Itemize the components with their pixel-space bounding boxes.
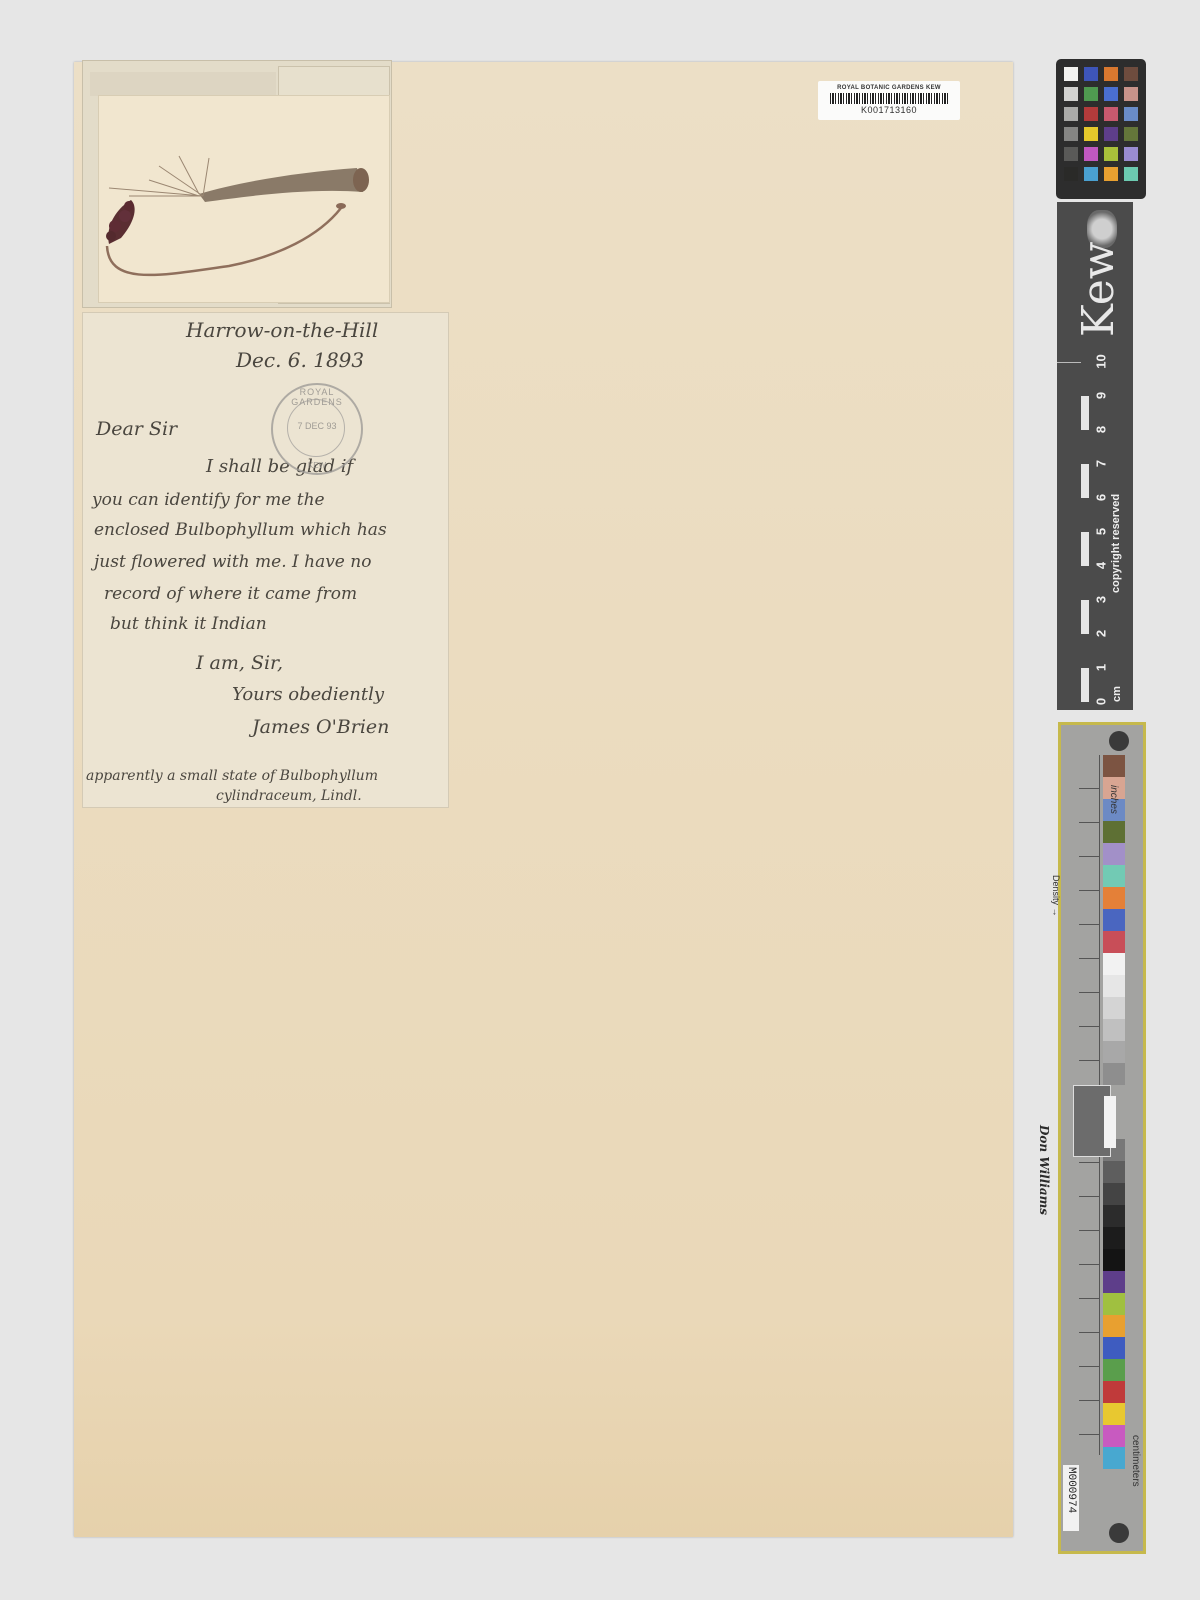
calibration-patch (1103, 1271, 1125, 1293)
colour-patch (1104, 147, 1118, 161)
colour-patch (1124, 67, 1138, 81)
calibration-patch (1103, 1293, 1125, 1315)
calibration-patch (1103, 1425, 1125, 1447)
colour-patch (1124, 87, 1138, 101)
calibration-patch (1103, 1381, 1125, 1403)
kew-scale-ruler: Kew 012345678910 copyright reserved cm (1057, 202, 1133, 710)
scale-bar (1081, 668, 1089, 702)
cm-number: 6 (1094, 490, 1109, 506)
colour-patch (1084, 107, 1098, 121)
barcode-label: ROYAL BOTANIC GARDENS KEW K001713160 (818, 81, 960, 120)
calibration-patch (1103, 1041, 1125, 1063)
colour-patch-grid (1064, 67, 1138, 181)
colour-patch (1104, 107, 1118, 121)
colour-patch (1064, 87, 1078, 101)
card-hole (1109, 1523, 1129, 1543)
cm-segment (1057, 362, 1081, 397)
letter-salutation: Dear Sir (96, 418, 177, 440)
colour-patch (1064, 127, 1078, 141)
colour-patch (1124, 127, 1138, 141)
calibration-patch (1103, 1359, 1125, 1381)
inches-label: inches (1108, 785, 1119, 814)
calibration-patch (1103, 975, 1125, 997)
letter-line: just flowered with me. I have no (94, 552, 371, 572)
colour-patch (1104, 87, 1118, 101)
calibration-patch (1103, 821, 1125, 843)
cm-number: 5 (1094, 524, 1109, 540)
scale-bar (1081, 430, 1089, 450)
letter-line: record of where it came from (104, 584, 357, 604)
letter-line: enclosed Bulbophyllum which has (94, 520, 387, 540)
cm-segment (1057, 464, 1081, 499)
colour-patch (1064, 167, 1078, 181)
cm-segment (1057, 634, 1081, 669)
cm-segment (1057, 668, 1081, 703)
specimen-paper (98, 95, 390, 303)
focus-target (1073, 1085, 1111, 1157)
colour-patch (1084, 67, 1098, 81)
colour-patch (1104, 67, 1118, 81)
colour-patch (1104, 167, 1118, 181)
cm-number: 0 (1094, 694, 1109, 710)
calibration-patch (1103, 1227, 1125, 1249)
brand-name: Don Williams (1037, 1125, 1051, 1215)
plant-specimen (99, 96, 389, 302)
unit-label: cm (1111, 686, 1123, 702)
colour-patch (1064, 147, 1078, 161)
copyright-text: copyright reserved (1110, 443, 1122, 593)
calibration-patch (1103, 843, 1125, 865)
letter-line: you can identify for me the (92, 490, 325, 510)
card-hole (1109, 731, 1129, 751)
calibration-patch (1103, 1019, 1125, 1041)
cm-segment (1057, 430, 1081, 465)
scale-bar (1081, 532, 1089, 566)
calibration-patch (1103, 1403, 1125, 1425)
density-label: Density → (1051, 875, 1061, 917)
determination-annotation: cylindraceum, Lindl. (216, 788, 362, 804)
scale-bar (1081, 600, 1089, 634)
cm-segment (1057, 396, 1081, 431)
cm-number: 8 (1094, 422, 1109, 438)
calibration-patch (1103, 953, 1125, 975)
colour-patch (1064, 107, 1078, 121)
calibration-patch (1103, 755, 1125, 777)
calibration-card: inches Density → Don Williams centimeter… (1058, 722, 1146, 1554)
colour-patch (1104, 127, 1118, 141)
calibration-patch (1103, 1063, 1125, 1085)
centimeters-label: centimeters (1130, 1435, 1141, 1487)
calibration-patch (1103, 1249, 1125, 1271)
cm-segment (1057, 532, 1081, 567)
calibration-patch (1103, 909, 1125, 931)
calibration-patch (1103, 997, 1125, 1019)
letter-date: Dec. 6. 1893 (236, 348, 364, 372)
cm-segment (1057, 498, 1081, 533)
scale-bar (1081, 634, 1089, 654)
calibration-patch (1103, 1315, 1125, 1337)
cm-segment (1057, 566, 1081, 601)
calibration-patch (1103, 1337, 1125, 1359)
letter-closing: Yours obediently (232, 684, 384, 705)
calibration-patch (1103, 865, 1125, 887)
cm-number: 3 (1094, 592, 1109, 608)
scale-bar (1081, 362, 1089, 382)
scale-bar (1081, 396, 1089, 430)
received-stamp: ROYAL GARDENS 7 DEC 93 KEW (271, 383, 363, 475)
cm-number: 4 (1094, 558, 1109, 574)
cm-segment (1057, 600, 1081, 635)
calibration-patch (1103, 887, 1125, 909)
colour-patch (1084, 167, 1098, 181)
barcode (830, 93, 948, 104)
cm-number: 9 (1094, 388, 1109, 404)
colour-checker (1056, 59, 1146, 199)
packet-tab (90, 72, 276, 96)
cm-number: 7 (1094, 456, 1109, 472)
kew-logo: Kew (1064, 277, 1134, 337)
calibration-patch (1103, 1183, 1125, 1205)
barcode-number: K001713160 (818, 105, 960, 115)
calibration-patch (1103, 931, 1125, 953)
cm-number: 1 (1094, 660, 1109, 676)
calibration-patch (1103, 1161, 1125, 1183)
calibration-patch (1103, 1205, 1125, 1227)
letter-closing: I am, Sir, (196, 652, 283, 674)
scale-bar (1081, 464, 1089, 498)
scale-bar (1081, 566, 1089, 586)
cm-number: 10 (1094, 354, 1109, 370)
calibration-patch (1103, 1447, 1125, 1469)
letter-signature: James O'Brien (252, 716, 389, 738)
cm-scale: 012345678910 (1057, 352, 1089, 702)
colour-patch (1084, 147, 1098, 161)
determination-annotation: apparently a small state of Bulbophyllum (86, 768, 378, 784)
colour-patch (1084, 127, 1098, 141)
colour-patch (1064, 67, 1078, 81)
colour-patch (1124, 147, 1138, 161)
colour-patch (1124, 107, 1138, 121)
cm-number: 2 (1094, 626, 1109, 642)
scale-bar (1081, 498, 1089, 518)
letter-address: Harrow-on-the-Hill (186, 318, 378, 342)
letter-line: but think it Indian (110, 614, 267, 634)
institution-name: ROYAL BOTANIC GARDENS KEW (818, 85, 960, 91)
colour-patch (1084, 87, 1098, 101)
colour-patch (1124, 167, 1138, 181)
card-id-tag: M000974 (1063, 1465, 1079, 1531)
